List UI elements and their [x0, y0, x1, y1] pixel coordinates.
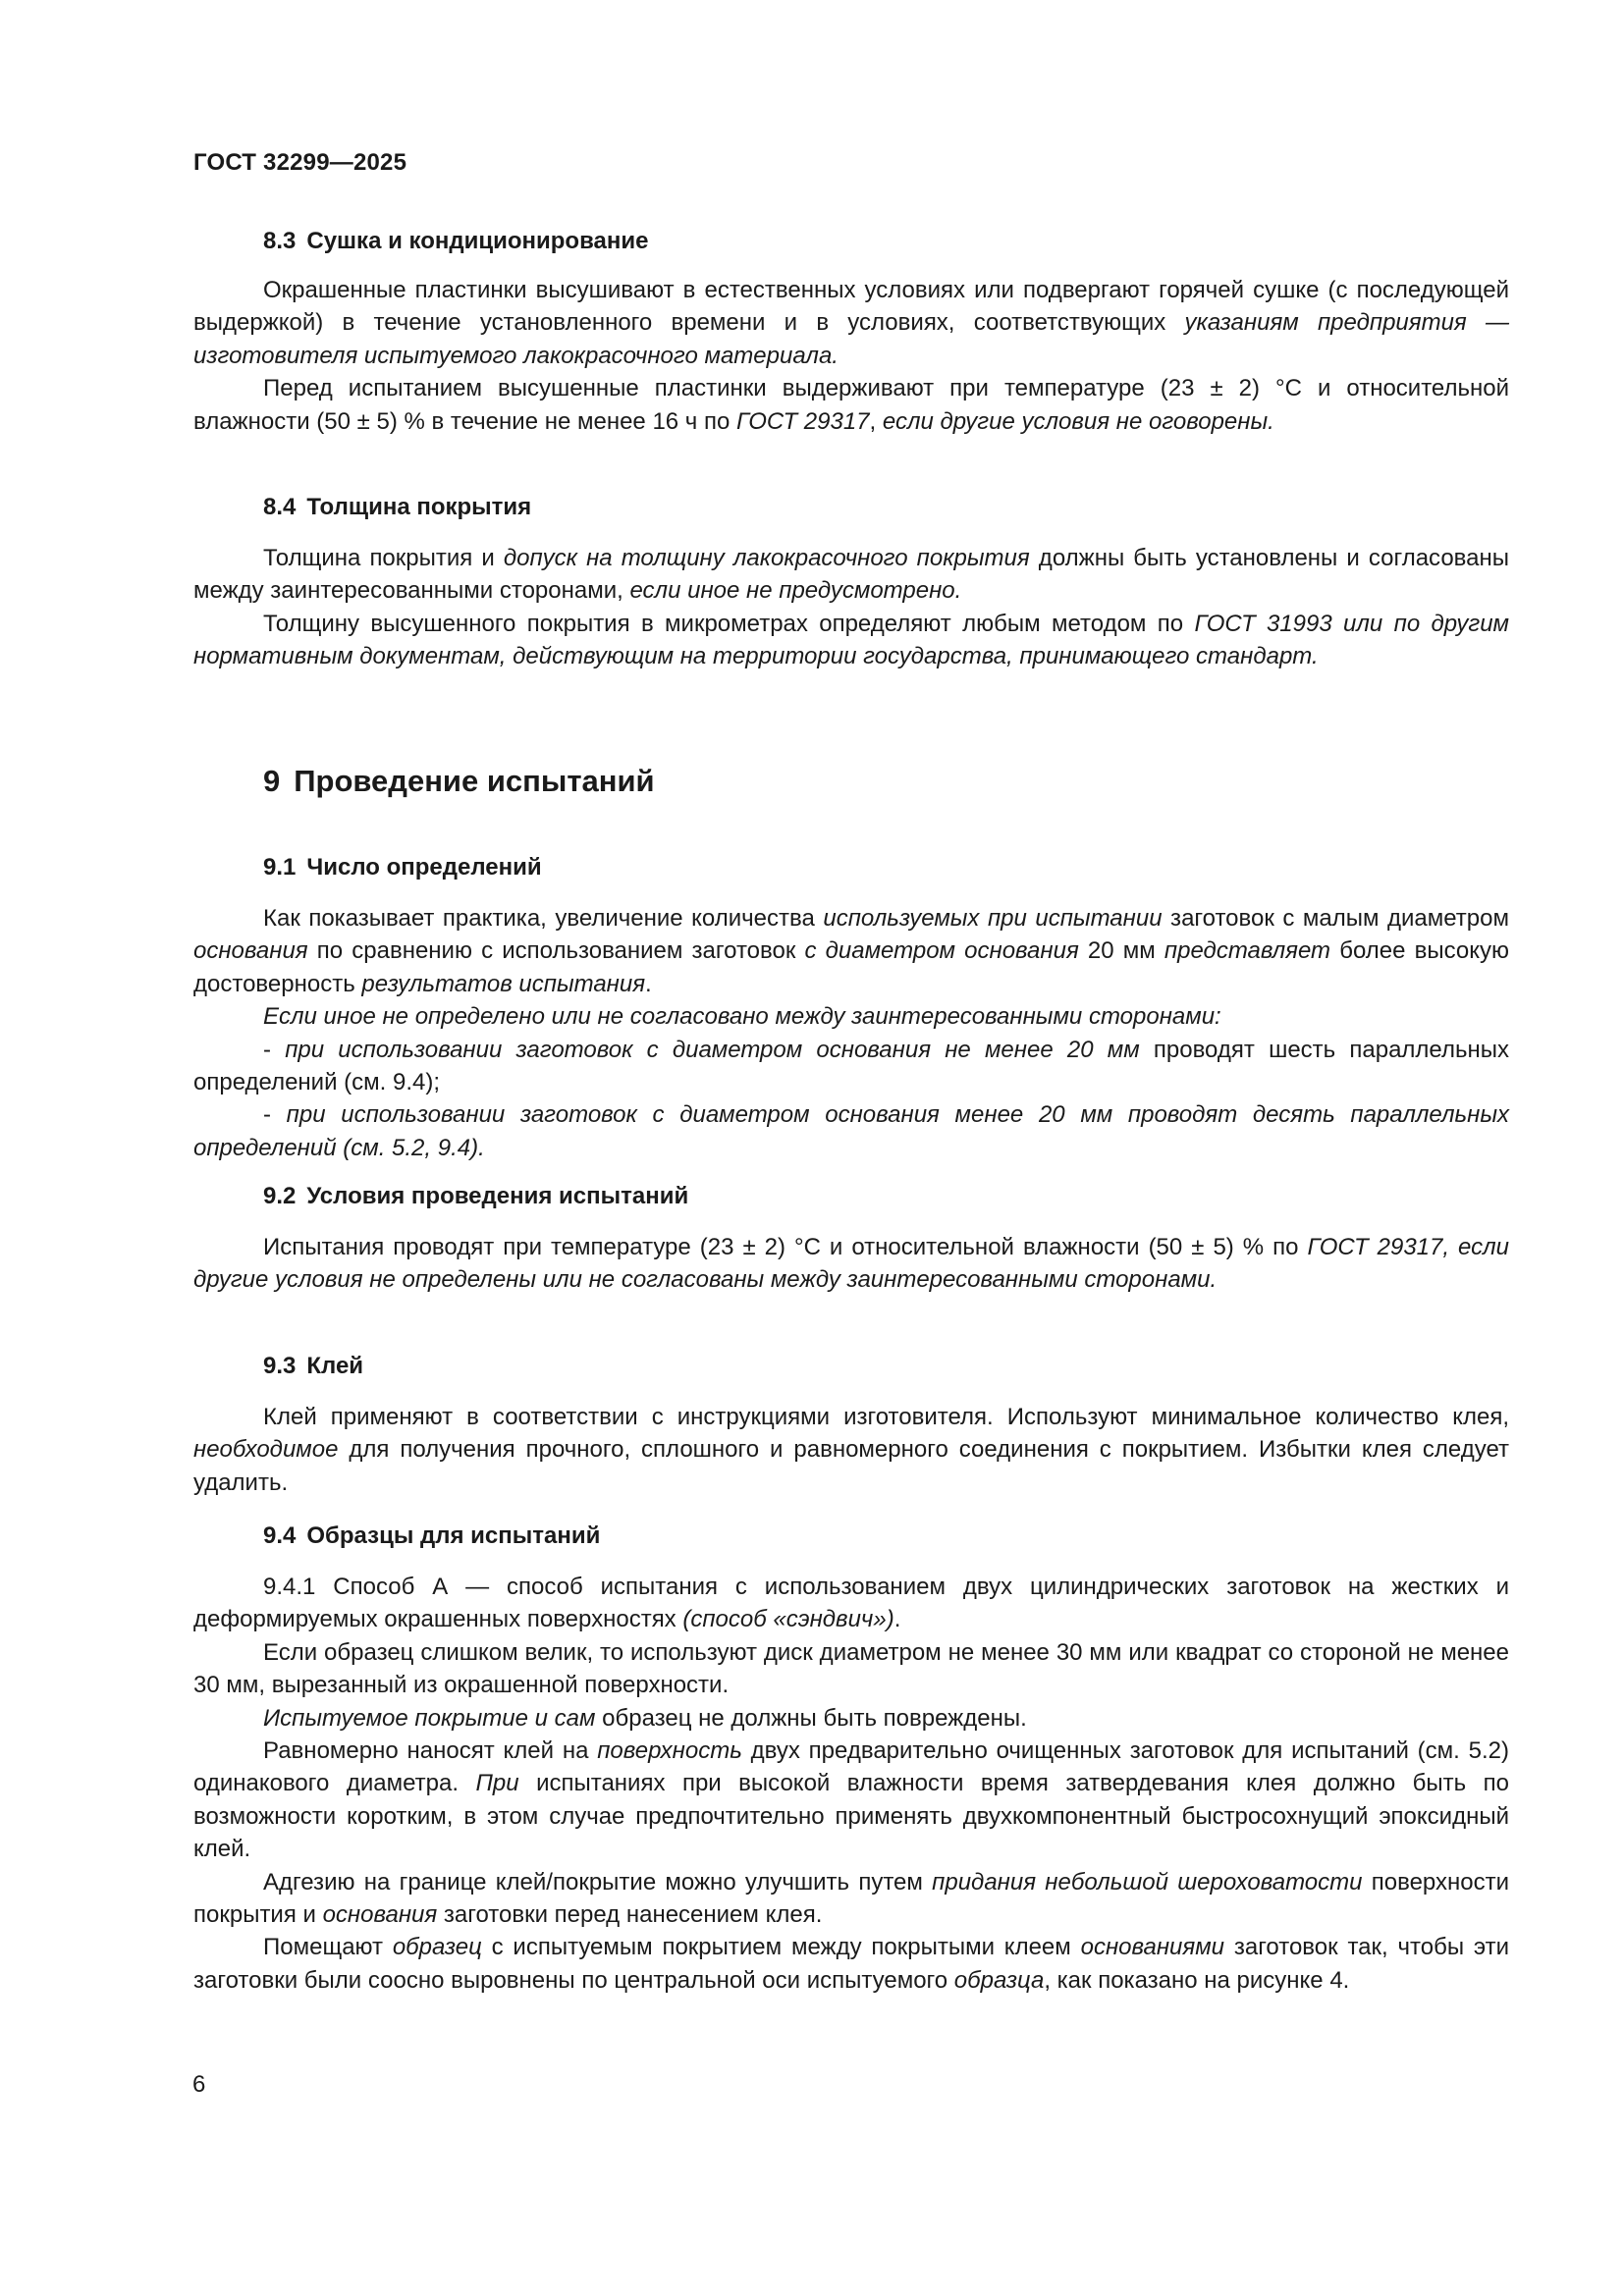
heading-number: 9.3	[263, 1351, 296, 1382]
italic-text-run: при использовании заготовок с диаметром …	[193, 1101, 1509, 1160]
paragraph: Испытания проводят при температуре (23 ±…	[193, 1231, 1509, 1297]
heading-number: 9.1	[263, 852, 296, 883]
heading-title: Проведение испытаний	[294, 764, 654, 798]
italic-text-run: поверхность	[597, 1737, 742, 1764]
section-heading: 8.4Толщина покрытия	[193, 492, 1509, 523]
heading-number: 9.2	[263, 1181, 296, 1212]
paragraph: - при использовании заготовок с диаметро…	[193, 1098, 1509, 1164]
section-body: Толщина покрытия и допуск на толщину лак…	[193, 542, 1509, 673]
heading-number: 9	[263, 762, 280, 801]
section-body: Испытания проводят при температуре (23 ±…	[193, 1231, 1509, 1297]
section-9-3: 9.3Клей Клей применяют в соответствии с …	[193, 1351, 1509, 1499]
italic-text-run: При	[476, 1770, 519, 1796]
heading-number: 8.4	[263, 492, 296, 523]
italic-text-run: если другие условия не оговорены.	[883, 408, 1274, 435]
text-run: Если образец слишком велик, то использую…	[193, 1639, 1509, 1698]
section-9-1: 9.1Число определений Как показывает прак…	[193, 852, 1509, 1164]
paragraph: 9.4.1 Способ А — способ испытания с испо…	[193, 1571, 1509, 1636]
text-run: заготовок с малым диаметром	[1163, 905, 1509, 932]
italic-text-run: образец	[393, 1934, 482, 1960]
section-8-3: 8.3Сушка и кондиционирование Окрашенные …	[193, 226, 1509, 438]
heading-title: Образцы для испытаний	[306, 1522, 600, 1549]
italic-text-run: необходимое	[193, 1436, 338, 1463]
text-run: Испытания проводят при температуре (23 ±…	[263, 1234, 1308, 1260]
section-8-4: 8.4Толщина покрытия Толщина покрытия и д…	[193, 492, 1509, 673]
text-run: Равномерно наносят клей на	[263, 1737, 597, 1764]
italic-text-run: допуск на толщину лакокрасочного покрыти…	[504, 545, 1030, 571]
section-body: 9.4.1 Способ А — способ испытания с испо…	[193, 1571, 1509, 1997]
text-run: образец не должны быть повреждены.	[595, 1705, 1026, 1732]
paragraph: Адгезию на границе клей/покрытие можно у…	[193, 1866, 1509, 1932]
section-body: Клей применяют в соответствии с инструкц…	[193, 1401, 1509, 1499]
chapter-heading: 9Проведение испытаний	[193, 762, 1509, 801]
paragraph: Как показывает практика, увеличение коли…	[193, 902, 1509, 1000]
text-run: .	[645, 971, 652, 997]
section-body: Окрашенные пластинки высушивают в естест…	[193, 274, 1509, 438]
text-run: , как показано на рисунке 4.	[1044, 1967, 1349, 1994]
text-run: Как показывает практика, увеличение коли…	[263, 905, 823, 932]
text-run: Клей применяют в соответствии с инструкц…	[263, 1404, 1509, 1430]
section-heading: 9.4Образцы для испытаний	[193, 1521, 1509, 1552]
paragraph: Окрашенные пластинки высушивают в естест…	[193, 274, 1509, 372]
section-heading: 9.2Условия проведения испытаний	[193, 1181, 1509, 1212]
heading-number: 9.4	[263, 1521, 296, 1552]
page-number: 6	[192, 2071, 205, 2099]
paragraph: Толщину высушенного покрытия в микрометр…	[193, 608, 1509, 673]
paragraph: Клей применяют в соответствии с инструкц…	[193, 1401, 1509, 1499]
text-run: 20 мм	[1079, 937, 1164, 964]
section-heading: 9.1Число определений	[193, 852, 1509, 883]
text-run: Адгезию на границе клей/покрытие можно у…	[263, 1869, 932, 1896]
text-run: -	[263, 1037, 285, 1063]
italic-text-run: (способ «сэндвич»)	[682, 1606, 893, 1632]
paragraph: Толщина покрытия и допуск на толщину лак…	[193, 542, 1509, 608]
section-body: Как показывает практика, увеличение коли…	[193, 902, 1509, 1164]
italic-text-run: с диаметром основания	[805, 937, 1079, 964]
text-run: по сравнению с использованием заготовок	[308, 937, 805, 964]
italic-text-run: используемых при испытании	[823, 905, 1162, 932]
heading-title: Клей	[306, 1353, 363, 1379]
paragraph: Если образец слишком велик, то использую…	[193, 1636, 1509, 1702]
heading-title: Сушка и кондиционирование	[306, 228, 648, 254]
text-run: Толщину высушенного покрытия в микрометр…	[263, 611, 1194, 637]
text-run: ,	[870, 408, 883, 435]
section-heading: 8.3Сушка и кондиционирование	[193, 226, 1509, 257]
section-9: 9Проведение испытаний	[193, 762, 1509, 801]
section-9-4: 9.4Образцы для испытаний 9.4.1 Способ А …	[193, 1521, 1509, 1997]
italic-text-run: если иное не предусмотрено.	[629, 577, 961, 604]
italic-text-run: основаниями	[1081, 1934, 1224, 1960]
text-run: .	[894, 1606, 901, 1632]
text-run: Помещают	[263, 1934, 393, 1960]
paragraph: Испытуемое покрытие и сам образец не дол…	[193, 1702, 1509, 1735]
text-run: для получения прочного, сплошного и равн…	[193, 1436, 1509, 1495]
italic-text-run: основания	[193, 937, 308, 964]
section-9-2: 9.2Условия проведения испытаний Испытани…	[193, 1181, 1509, 1297]
text-run: -	[263, 1101, 287, 1128]
heading-title: Условия проведения испытаний	[306, 1183, 688, 1209]
paragraph: Помещают образец с испытуемым покрытием …	[193, 1931, 1509, 1997]
section-heading: 9.3Клей	[193, 1351, 1509, 1382]
paragraph: Если иное не определено или не согласова…	[193, 1000, 1509, 1033]
text-run: с испытуемым покрытием между покрытыми к…	[482, 1934, 1081, 1960]
text-run: Толщина покрытия и	[263, 545, 504, 571]
italic-text-run: представляет	[1164, 937, 1330, 964]
heading-title: Число определений	[306, 854, 541, 881]
paragraph: Перед испытанием высушенные пластинки вы…	[193, 372, 1509, 438]
italic-text-run: результатов испытания	[361, 971, 645, 997]
italic-text-run: основания	[323, 1901, 438, 1928]
italic-text-run: ГОСТ 29317	[736, 408, 870, 435]
italic-text-run: при использовании заготовок с диаметром …	[285, 1037, 1139, 1063]
italic-text-run: Испытуемое покрытие и сам	[263, 1705, 595, 1732]
italic-text-run: Если иное не определено или не согласова…	[263, 1003, 1221, 1030]
italic-text-run: образца	[954, 1967, 1045, 1994]
heading-title: Толщина покрытия	[306, 494, 531, 520]
italic-text-run: придания небольшой шероховатости	[932, 1869, 1362, 1896]
text-run: заготовки перед нанесением клея.	[437, 1901, 822, 1928]
document-id-header: ГОСТ 32299—2025	[193, 149, 406, 177]
paragraph: Равномерно наносят клей на поверхность д…	[193, 1735, 1509, 1866]
heading-number: 8.3	[263, 226, 296, 257]
paragraph: - при использовании заготовок с диаметро…	[193, 1034, 1509, 1099]
